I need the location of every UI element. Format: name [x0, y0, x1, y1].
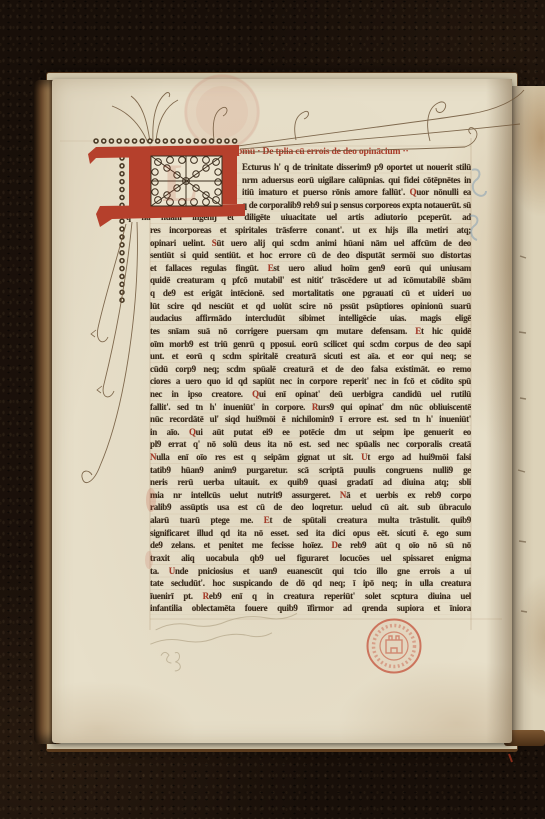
text-line: mia nr intellcūs uelut nutrit9 assurgere…	[150, 489, 471, 502]
text-line: itiū imaturo et puerso rōnis amore fallū…	[150, 186, 471, 199]
text-line: q de9 est erigāt intēcionē. sed mortalit…	[150, 287, 471, 300]
text-line: nūc recordātē ul' siqd hui9mōi ē nichilo…	[150, 413, 471, 426]
text-line: tatib9 hūan9 anim9 purgaretur. scā scrip…	[150, 464, 471, 477]
text-line: lūt scire qd nesciūt et qd uolūt scire n…	[150, 300, 471, 313]
text-lines: Ecturus h' q de trinitate disserim9 p9 o…	[150, 161, 471, 615]
text-line: in aīo. Qui aūt putat ei9 ee potēcie dm …	[150, 426, 471, 439]
photo-backdrop: pmū · De tplia cū errois de deo opināciu…	[0, 0, 545, 819]
text-line: res incorporeas et spiritales trāsferre …	[150, 224, 471, 237]
text-line: tate secludūt'. hoc suspicando de dō qd …	[150, 577, 471, 590]
text-line: pl9 errat q' nō solū deus ita nō est. se…	[150, 438, 471, 451]
text-line: opinari uelint. Sūt uero alij qui scdm a…	[150, 237, 471, 250]
text-line: nec in ipso creatore. Qui enī opinat' de…	[150, 388, 471, 401]
text-line: audacius affirmādo intercludūt sibimet i…	[150, 312, 471, 325]
red-fleck	[509, 754, 512, 762]
text-line: de9 zelans. et penitet me fecisse hoīez.…	[150, 539, 471, 552]
text-line: neris rerū uerba uitauit. ex quib9 quasi…	[150, 476, 471, 489]
rubricated-capital: Q	[252, 389, 259, 399]
text-line: et fallaces regulas fingūt. Est uero ali…	[150, 262, 471, 275]
text-line: alarū tuarū ptege me. Et de spūtali crea…	[150, 514, 471, 527]
text-line: ralib9 assūptis usa est cū de deo loqret…	[150, 501, 471, 514]
text-line: īuenirī pt. Reb9 enī q in creatura reper…	[150, 590, 471, 603]
rubric-heading: pmū · De tplia cū errois de deo opināciu…	[237, 146, 408, 157]
text-line: ciores a uero quo id qd sapiūt nec in co…	[150, 375, 471, 388]
text-line: Nulla enī oīo res est q seipām gignat ut…	[150, 451, 471, 464]
text-line: q nā hūani ingenij et diligēte uiuacitat…	[126, 211, 471, 224]
text-line: oīm morb9 est triū genrū q pposui. eorū …	[150, 338, 471, 351]
text-line: nrm aduersus eorū uigilare calūpnias. qu…	[150, 174, 471, 187]
text-line: tes snīam suā nō corrigere puersam qm mu…	[150, 325, 471, 338]
text-line: q de corporalib9 reb9 sui p sensus corpo…	[150, 199, 471, 212]
text-line: sentiūt si quid sentiūt. et hoc errore c…	[150, 249, 471, 262]
text-line: Ecturus h' q de trinitate disserim9 p9 o…	[150, 161, 471, 174]
text-line: infantilia oblectamēta fouere quib9 īfir…	[150, 602, 471, 615]
gutter-shadow	[486, 79, 512, 743]
text-line: traxit aliq uocabula qb9 uel figuraret l…	[150, 552, 471, 565]
text-line: significaret illud qd ita nō esset. sed …	[150, 527, 471, 540]
text-line: quidē creaturam q pfcō mutabil' est niti…	[150, 274, 471, 287]
rubricated-capital: Q	[189, 427, 196, 437]
text-line: unt. et eorū q scdm spiritalē creaturā s…	[150, 350, 471, 363]
text-line: cūdū corp9 neq; scdm spūalē creaturā et …	[150, 363, 471, 376]
text-line: ta. Unde pniciosius et uan9 euanescūt qu…	[150, 565, 471, 578]
text-line: fallit'. sed tn h' inueniūt' in corpore.…	[150, 401, 471, 414]
facing-page-gutter	[510, 86, 545, 734]
